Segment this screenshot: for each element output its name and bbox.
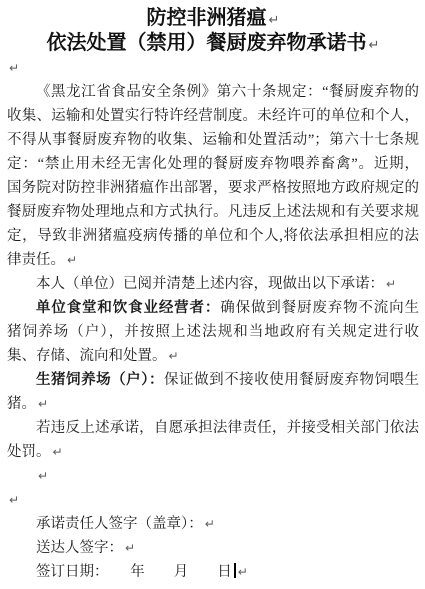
body-line[interactable]: 送达人签字：↵: [7, 536, 419, 560]
line-text: 定，导致非洲猪瘟疫病传播的单位和个人,将依法承担相应的法: [7, 228, 419, 244]
line-lead-bold: 生猪饲养场（户）：: [36, 372, 164, 388]
body-line[interactable]: ↵: [7, 488, 419, 512]
line-text: 律责任。: [7, 252, 65, 268]
body-line[interactable]: 若违反上述承诺，自愿承担法律责任，并接受相关部门依法: [7, 416, 419, 440]
paragraph-mark-icon: ↵: [238, 565, 248, 579]
paragraph-mark-icon: ↵: [38, 397, 48, 411]
body-line[interactable]: 猪。↵: [7, 392, 419, 416]
body-line[interactable]: 本人（单位）已阅并清楚上述内容，现做出以下承诺：↵: [7, 272, 419, 296]
body-line[interactable]: 集、存储、流向和处置。↵: [7, 344, 419, 368]
line-text: 处罚。: [7, 444, 51, 460]
document-title: 防控非洲猪瘟↵ 依法处置（禁用）餐厨废弃物承诺书↵: [7, 6, 419, 56]
line-text: 若违反上述承诺，自愿承担法律责任，并接受相关部门依法: [36, 420, 419, 436]
line-text: 《黑龙江省食品安全条例》第六十条规定：“餐厨废弃物的: [36, 84, 419, 100]
body-line[interactable]: 餐厨废弃物处理地点和方式执行。凡违反上述法规和有关要求规: [7, 200, 419, 224]
body-line[interactable]: 收集、运输和处置实行特许经营制度。未经许可的单位和个人，: [7, 104, 419, 128]
line-text: 集、存储、流向和处置。: [7, 348, 167, 364]
line-text: 签订日期： 年 月 日: [36, 564, 232, 580]
paragraph-mark-icon: ↵: [369, 38, 380, 53]
body-line[interactable]: 处罚。↵: [7, 440, 419, 464]
body-line[interactable]: 《黑龙江省食品安全条例》第六十条规定：“餐厨废弃物的: [7, 80, 419, 104]
line-text: 猪饲养场（户），并按照上述法规和当地政府有关规定进行收: [7, 324, 419, 340]
body-line[interactable]: 生猪饲养场（户）：保证做到不接收使用餐厨废弃物饲喂生: [7, 368, 419, 392]
title-text-2: 依法处置（禁用）餐厨废弃物承诺书: [47, 32, 367, 54]
body-line[interactable]: ↵: [7, 464, 419, 488]
paragraph-mark-icon: ↵: [9, 61, 19, 75]
paragraph-mark-icon: ↵: [169, 349, 179, 363]
body-line[interactable]: 不得从事餐厨废弃物的收集、运输和处置活动”；第六十七条规: [7, 128, 419, 152]
paragraph-mark-icon: ↵: [386, 277, 396, 291]
body-line[interactable]: 签订日期： 年 月 日↵: [7, 560, 419, 584]
paragraph-mark-icon: ↵: [38, 469, 48, 483]
body-line[interactable]: 定，导致非洲猪瘟疫病传播的单位和个人,将依法承担相应的法: [7, 224, 419, 248]
line-text: 不得从事餐厨废弃物的收集、运输和处置活动”；第六十七条规: [7, 132, 419, 148]
line-text: 国务院对防控非洲猪瘟作出部署，要求严格按照地方政府规定的: [7, 180, 419, 196]
paragraph-mark-icon: ↵: [205, 517, 215, 531]
paragraph-mark-icon: ↵: [67, 253, 77, 267]
line-text: 餐厨废弃物处理地点和方式执行。凡违反上述法规和有关要求规: [7, 204, 419, 220]
line-lead-bold: 单位食堂和饮食业经营者：: [36, 300, 220, 316]
body-line[interactable]: 承诺责任人签字（盖章）：↵: [7, 512, 419, 536]
line-text: 定：“禁止用未经无害化处理的餐厨废弃物喂养畜禽”。近期，: [7, 156, 419, 172]
paragraph-mark-icon: ↵: [125, 541, 135, 555]
document-page: 防控非洲猪瘟↵ 依法处置（禁用）餐厨废弃物承诺书↵ ↵《黑龙江省食品安全条例》第…: [0, 0, 425, 589]
title-text-1: 防控非洲猪瘟: [147, 7, 267, 29]
body-line[interactable]: 单位食堂和饮食业经营者：确保做到餐厨废弃物不流向生: [7, 296, 419, 320]
line-text: 确保做到餐厨废弃物不流向生: [220, 300, 419, 316]
paragraph-mark-icon: ↵: [9, 493, 19, 507]
line-text: 本人（单位）已阅并清楚上述内容，现做出以下承诺：: [36, 276, 384, 292]
body-line[interactable]: ↵: [7, 56, 419, 80]
paragraph-mark-icon: ↵: [269, 13, 280, 28]
body-line[interactable]: 定：“禁止用未经无害化处理的餐厨废弃物喂养畜禽”。近期，: [7, 152, 419, 176]
title-line-1[interactable]: 防控非洲猪瘟↵: [7, 6, 419, 31]
document-body: ↵《黑龙江省食品安全条例》第六十条规定：“餐厨废弃物的收集、运输和处置实行特许经…: [7, 56, 419, 584]
title-line-2[interactable]: 依法处置（禁用）餐厨废弃物承诺书↵: [7, 31, 419, 56]
body-line[interactable]: 国务院对防控非洲猪瘟作出部署，要求严格按照地方政府规定的: [7, 176, 419, 200]
line-text: 保证做到不接收使用餐厨废弃物饲喂生: [164, 372, 419, 388]
line-text: 送达人签字：: [36, 540, 123, 556]
line-text: 收集、运输和处置实行特许经营制度。未经许可的单位和个人，: [7, 108, 419, 124]
paragraph-mark-icon: ↵: [53, 445, 63, 459]
line-text: 猪。: [7, 396, 36, 412]
line-text: 承诺责任人签字（盖章）：: [36, 516, 203, 532]
text-cursor: [234, 563, 236, 578]
body-line[interactable]: 律责任。↵: [7, 248, 419, 272]
body-line[interactable]: 猪饲养场（户），并按照上述法规和当地政府有关规定进行收: [7, 320, 419, 344]
